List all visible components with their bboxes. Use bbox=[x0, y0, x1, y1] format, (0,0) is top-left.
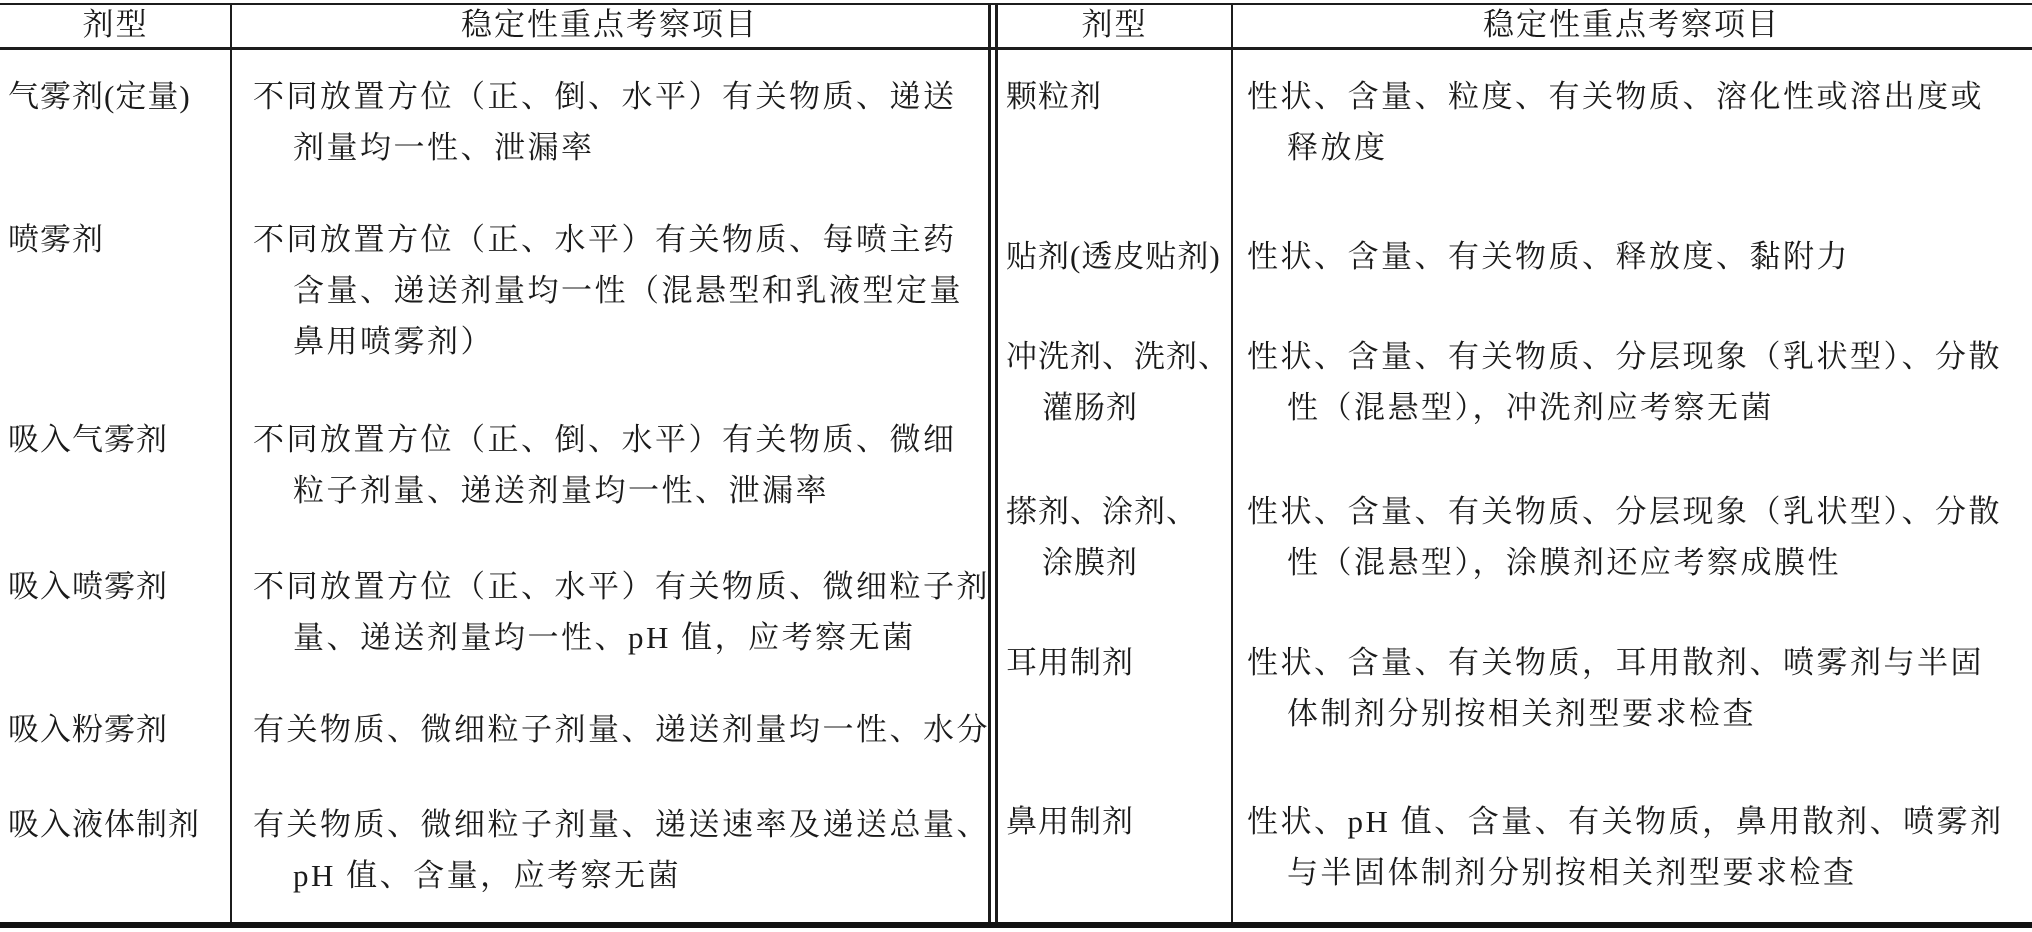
text-line: 性（混悬型），冲洗剂应考察无菌 bbox=[1247, 382, 2022, 433]
left-table-column-divider bbox=[230, 3, 232, 922]
text-line: 剂量均一性、泄漏率 bbox=[253, 122, 990, 173]
form-cell: 颗粒剂 bbox=[1006, 71, 1228, 122]
text-line: 吸入液体制剂 bbox=[8, 799, 228, 850]
items-cell: 性状、含量、有关物质，耳用散剂、喷雾剂与半固 体制剂分别按相关剂型要求检查 bbox=[1247, 637, 2022, 739]
items-cell: 性状、含量、粒度、有关物质、溶化性或溶出度或 释放度 bbox=[1247, 71, 2022, 173]
text-line: pH 值、含量，应考察无菌 bbox=[253, 850, 990, 901]
text-line: 粒子剂量、递送剂量均一性、泄漏率 bbox=[253, 465, 990, 516]
items-cell: 不同放置方位（正、水平）有关物质、微细粒子剂 量、递送剂量均一性、pH 值，应考… bbox=[253, 561, 990, 663]
text-line: 量、递送剂量均一性、pH 值，应考察无菌 bbox=[253, 612, 990, 663]
items-cell: 不同放置方位（正、倒、水平）有关物质、递送 剂量均一性、泄漏率 bbox=[253, 71, 990, 173]
items-cell: 不同放置方位（正、倒、水平）有关物质、微细 粒子剂量、递送剂量均一性、泄漏率 bbox=[253, 414, 990, 516]
form-cell: 气雾剂(定量) bbox=[8, 71, 228, 122]
right-form-header: 剂型 bbox=[998, 3, 1231, 47]
text-line: 冲洗剂、洗剂、 bbox=[1006, 331, 1228, 382]
text-line: 性状、含量、粒度、有关物质、溶化性或溶出度或 bbox=[1247, 71, 2022, 122]
form-cell: 耳用制剂 bbox=[1006, 637, 1228, 688]
text-line: 性状、含量、有关物质、释放度、黏附力 bbox=[1247, 231, 2022, 282]
form-cell: 鼻用制剂 bbox=[1006, 796, 1228, 847]
items-cell: 性状、含量、有关物质、释放度、黏附力 bbox=[1247, 231, 2022, 282]
text-line: 不同放置方位（正、倒、水平）有关物质、递送 bbox=[253, 71, 990, 122]
header-separator-line bbox=[0, 47, 2032, 50]
text-line: 性状、含量、有关物质、分层现象（乳状型）、分散 bbox=[1247, 486, 2022, 537]
left-form-header: 剂型 bbox=[0, 3, 231, 47]
text-line: 性状、含量、有关物质，耳用散剂、喷雾剂与半固 bbox=[1247, 637, 2022, 688]
text-line: 不同放置方位（正、水平）有关物质、每喷主药 bbox=[253, 214, 990, 265]
items-cell: 性状、含量、有关物质、分层现象（乳状型）、分散 性（混悬型），涂膜剂还应考察成膜… bbox=[1247, 486, 2022, 588]
text-line: 性状、pH 值、含量、有关物质，鼻用散剂、喷雾剂 bbox=[1247, 796, 2022, 847]
form-cell: 吸入喷雾剂 bbox=[8, 561, 228, 612]
text-line: 吸入喷雾剂 bbox=[8, 561, 228, 612]
text-line: 吸入气雾剂 bbox=[8, 414, 228, 465]
text-line: 不同放置方位（正、水平）有关物质、微细粒子剂 bbox=[253, 561, 990, 612]
items-cell: 性状、pH 值、含量、有关物质，鼻用散剂、喷雾剂 与半固体制剂分别按相关剂型要求… bbox=[1247, 796, 2022, 898]
text-line: 鼻用喷雾剂） bbox=[253, 316, 990, 367]
text-line: 与半固体制剂分别按相关剂型要求检查 bbox=[1247, 847, 2022, 898]
items-cell: 不同放置方位（正、水平）有关物质、每喷主药 含量、递送剂量均一性（混悬型和乳液型… bbox=[253, 214, 990, 367]
form-cell: 吸入气雾剂 bbox=[8, 414, 228, 465]
text-line: 搽剂、涂剂、 bbox=[1006, 486, 1228, 537]
text-line: 贴剂(透皮贴剂) bbox=[1006, 231, 1228, 282]
form-cell: 喷雾剂 bbox=[8, 214, 228, 265]
text-line: 喷雾剂 bbox=[8, 214, 228, 265]
text-line: 颗粒剂 bbox=[1006, 71, 1228, 122]
text-line: 鼻用制剂 bbox=[1006, 796, 1228, 847]
form-cell: 搽剂、涂剂、 涂膜剂 bbox=[1006, 486, 1228, 588]
text-line: 释放度 bbox=[1247, 122, 2022, 173]
text-line: 体制剂分别按相关剂型要求检查 bbox=[1247, 688, 2022, 739]
right-table-column-divider bbox=[1231, 3, 1233, 922]
text-line: 性（混悬型），涂膜剂还应考察成膜性 bbox=[1247, 537, 2022, 588]
table-bottom-border bbox=[0, 922, 2032, 928]
form-cell: 吸入液体制剂 bbox=[8, 799, 228, 850]
text-line: 涂膜剂 bbox=[1006, 537, 1228, 588]
text-line: 含量、递送剂量均一性（混悬型和乳液型定量 bbox=[253, 265, 990, 316]
form-cell: 吸入粉雾剂 bbox=[8, 704, 228, 755]
items-cell: 性状、含量、有关物质、分层现象（乳状型）、分散 性（混悬型），冲洗剂应考察无菌 bbox=[1247, 331, 2022, 433]
text-line: 灌肠剂 bbox=[1006, 382, 1228, 433]
text-line: 不同放置方位（正、倒、水平）有关物质、微细 bbox=[253, 414, 990, 465]
text-line: 耳用制剂 bbox=[1006, 637, 1228, 688]
form-cell: 贴剂(透皮贴剂) bbox=[1006, 231, 1228, 282]
text-line: 吸入粉雾剂 bbox=[8, 704, 228, 755]
left-items-header: 稳定性重点考察项目 bbox=[231, 3, 988, 47]
items-cell: 有关物质、微细粒子剂量、递送剂量均一性、水分 bbox=[253, 704, 990, 755]
text-line: 气雾剂(定量) bbox=[8, 71, 228, 122]
text-line: 有关物质、微细粒子剂量、递送剂量均一性、水分 bbox=[253, 704, 990, 755]
table-split-divider-right bbox=[995, 3, 998, 922]
form-cell: 冲洗剂、洗剂、 灌肠剂 bbox=[1006, 331, 1228, 433]
right-items-header: 稳定性重点考察项目 bbox=[1231, 3, 2032, 47]
text-line: 性状、含量、有关物质、分层现象（乳状型）、分散 bbox=[1247, 331, 2022, 382]
text-line: 有关物质、微细粒子剂量、递送速率及递送总量、 bbox=[253, 799, 990, 850]
items-cell: 有关物质、微细粒子剂量、递送速率及递送总量、 pH 值、含量，应考察无菌 bbox=[253, 799, 990, 901]
stability-table-page: 剂型 稳定性重点考察项目 剂型 稳定性重点考察项目 气雾剂(定量) 不同放置方位… bbox=[0, 0, 2032, 932]
